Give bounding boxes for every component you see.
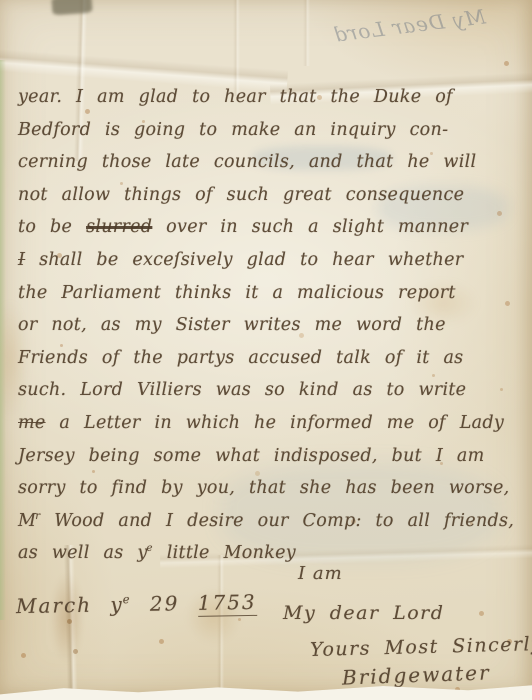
letter-line: the Parliament thinks it a malicious rep… xyxy=(18,283,526,316)
text-segment: cerning those late councils, and that he… xyxy=(18,152,476,172)
text-segment: a Letter in which he informed me of Lady xyxy=(46,413,504,433)
text-segment: me xyxy=(18,413,46,433)
letter-line: Mr Wood and I desire our Comp: to all fr… xyxy=(18,511,526,544)
letter-line: such. Lord Villiers was so kind as to wr… xyxy=(18,380,526,413)
text-segment: over in such a slight manner xyxy=(152,217,468,237)
letter-line: Bedford is going to make an inquiry con- xyxy=(18,120,526,153)
paper-left-edge xyxy=(0,60,6,620)
text-segment: little Monkey xyxy=(153,543,296,563)
fold-crease-vertical-top-3 xyxy=(300,0,312,66)
text-segment: year. I am glad to hear that the Duke of xyxy=(18,87,453,107)
letter-line: Jersey being some what indisposed, but I… xyxy=(18,446,526,479)
letter-line: me a Letter in which he informed me of L… xyxy=(18,413,526,446)
signature: Bridgewater xyxy=(342,660,491,689)
letter-body: year. I am glad to hear that the Duke of… xyxy=(18,87,526,576)
date-line: March ye 29 1753 xyxy=(16,590,257,618)
text-segment: M xyxy=(18,511,36,531)
text-segment: Bedford is going to make an inquiry con- xyxy=(18,120,448,140)
letter-line: sorry to find by you, that she has been … xyxy=(18,478,526,511)
fold-crease-vertical-bottom-2 xyxy=(214,555,226,700)
text-segment: Wood and I desire our Comp: to all frien… xyxy=(40,511,514,531)
text-segment: or not, as my Sister writes me word the xyxy=(18,315,446,335)
letter-paper: My Dear Lord year. I am glad to hear tha… xyxy=(0,0,532,700)
ink-speck-layer xyxy=(0,0,3,3)
text-segment: as well as y xyxy=(18,543,148,563)
closing-salutation: My dear Lord xyxy=(283,602,444,624)
fold-crease-vertical-top-2 xyxy=(230,0,242,96)
letter-line: cerning those late councils, and that he… xyxy=(18,152,526,185)
letter-photo: My Dear Lord year. I am glad to hear tha… xyxy=(0,0,532,700)
text-segment: shall be exceſsively glad to hear whethe… xyxy=(25,250,463,270)
tape-residue-stain xyxy=(51,0,92,15)
letter-line: as well as ye little Monkey xyxy=(18,543,526,576)
text-segment: 1753 xyxy=(198,590,257,617)
letter-line: year. I am glad to hear that the Duke of xyxy=(18,87,526,120)
text-segment: such. Lord Villiers was so kind as to wr… xyxy=(18,380,466,400)
letter-line: not allow things of such great consequen… xyxy=(18,185,526,218)
bleed-through-text: My Dear Lord xyxy=(325,4,487,47)
letter-line: to be slurred over in such a slight mann… xyxy=(18,217,526,250)
text-segment: to be xyxy=(18,217,86,237)
text-segment: March y xyxy=(16,592,124,618)
closing-valediction: Yours Most Sincerly xyxy=(310,633,532,661)
text-segment: the Parliament thinks it a malicious rep… xyxy=(18,283,456,303)
letter-line: Friends of the partys accused talk of it… xyxy=(18,348,526,381)
text-segment: not allow things of such great consequen… xyxy=(18,185,464,205)
stain-bottom-left xyxy=(50,572,84,664)
letter-line: I shall be exceſsively glad to hear whet… xyxy=(18,250,526,283)
text-segment: slurred xyxy=(86,217,152,237)
text-segment: 29 xyxy=(131,591,198,616)
text-segment: Jersey being some what indisposed, but I… xyxy=(18,446,485,466)
letter-line: or not, as my Sister writes me word the xyxy=(18,315,526,348)
text-segment: sorry to find by you, that she has been … xyxy=(18,478,510,498)
text-segment: e xyxy=(123,592,132,606)
text-segment: Friends of the partys accused talk of it… xyxy=(18,348,463,368)
closing-i-am: I am xyxy=(298,563,343,584)
